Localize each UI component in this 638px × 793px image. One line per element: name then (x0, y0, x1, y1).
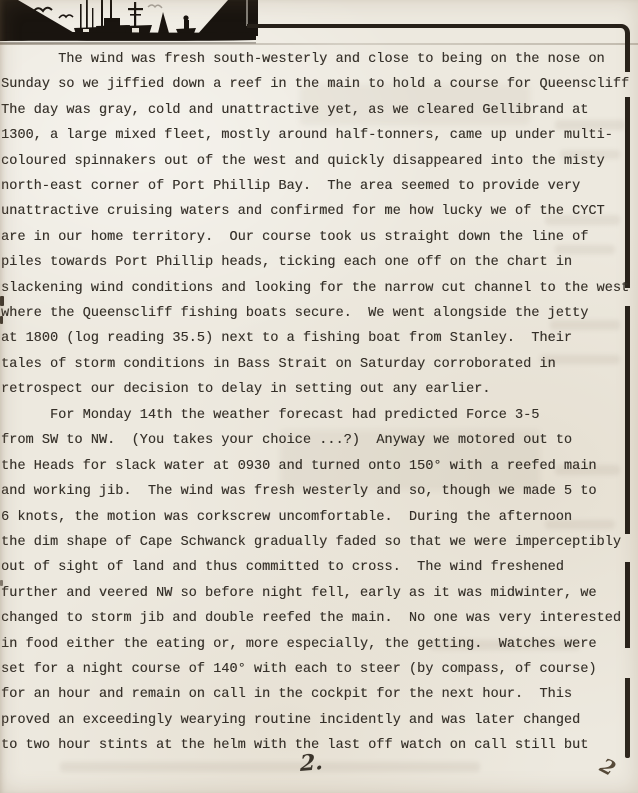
page-number: 2. (300, 749, 323, 777)
bleed-through-smudge (60, 762, 480, 772)
harbor-illustration (0, 0, 258, 46)
paragraph-1: The wind was fresh south-westerly and cl… (1, 47, 638, 403)
paragraph-2: For Monday 14th the weather forecast had… (1, 403, 638, 759)
scanned-typewritten-page: The wind was fresh south-westerly and cl… (0, 0, 638, 793)
